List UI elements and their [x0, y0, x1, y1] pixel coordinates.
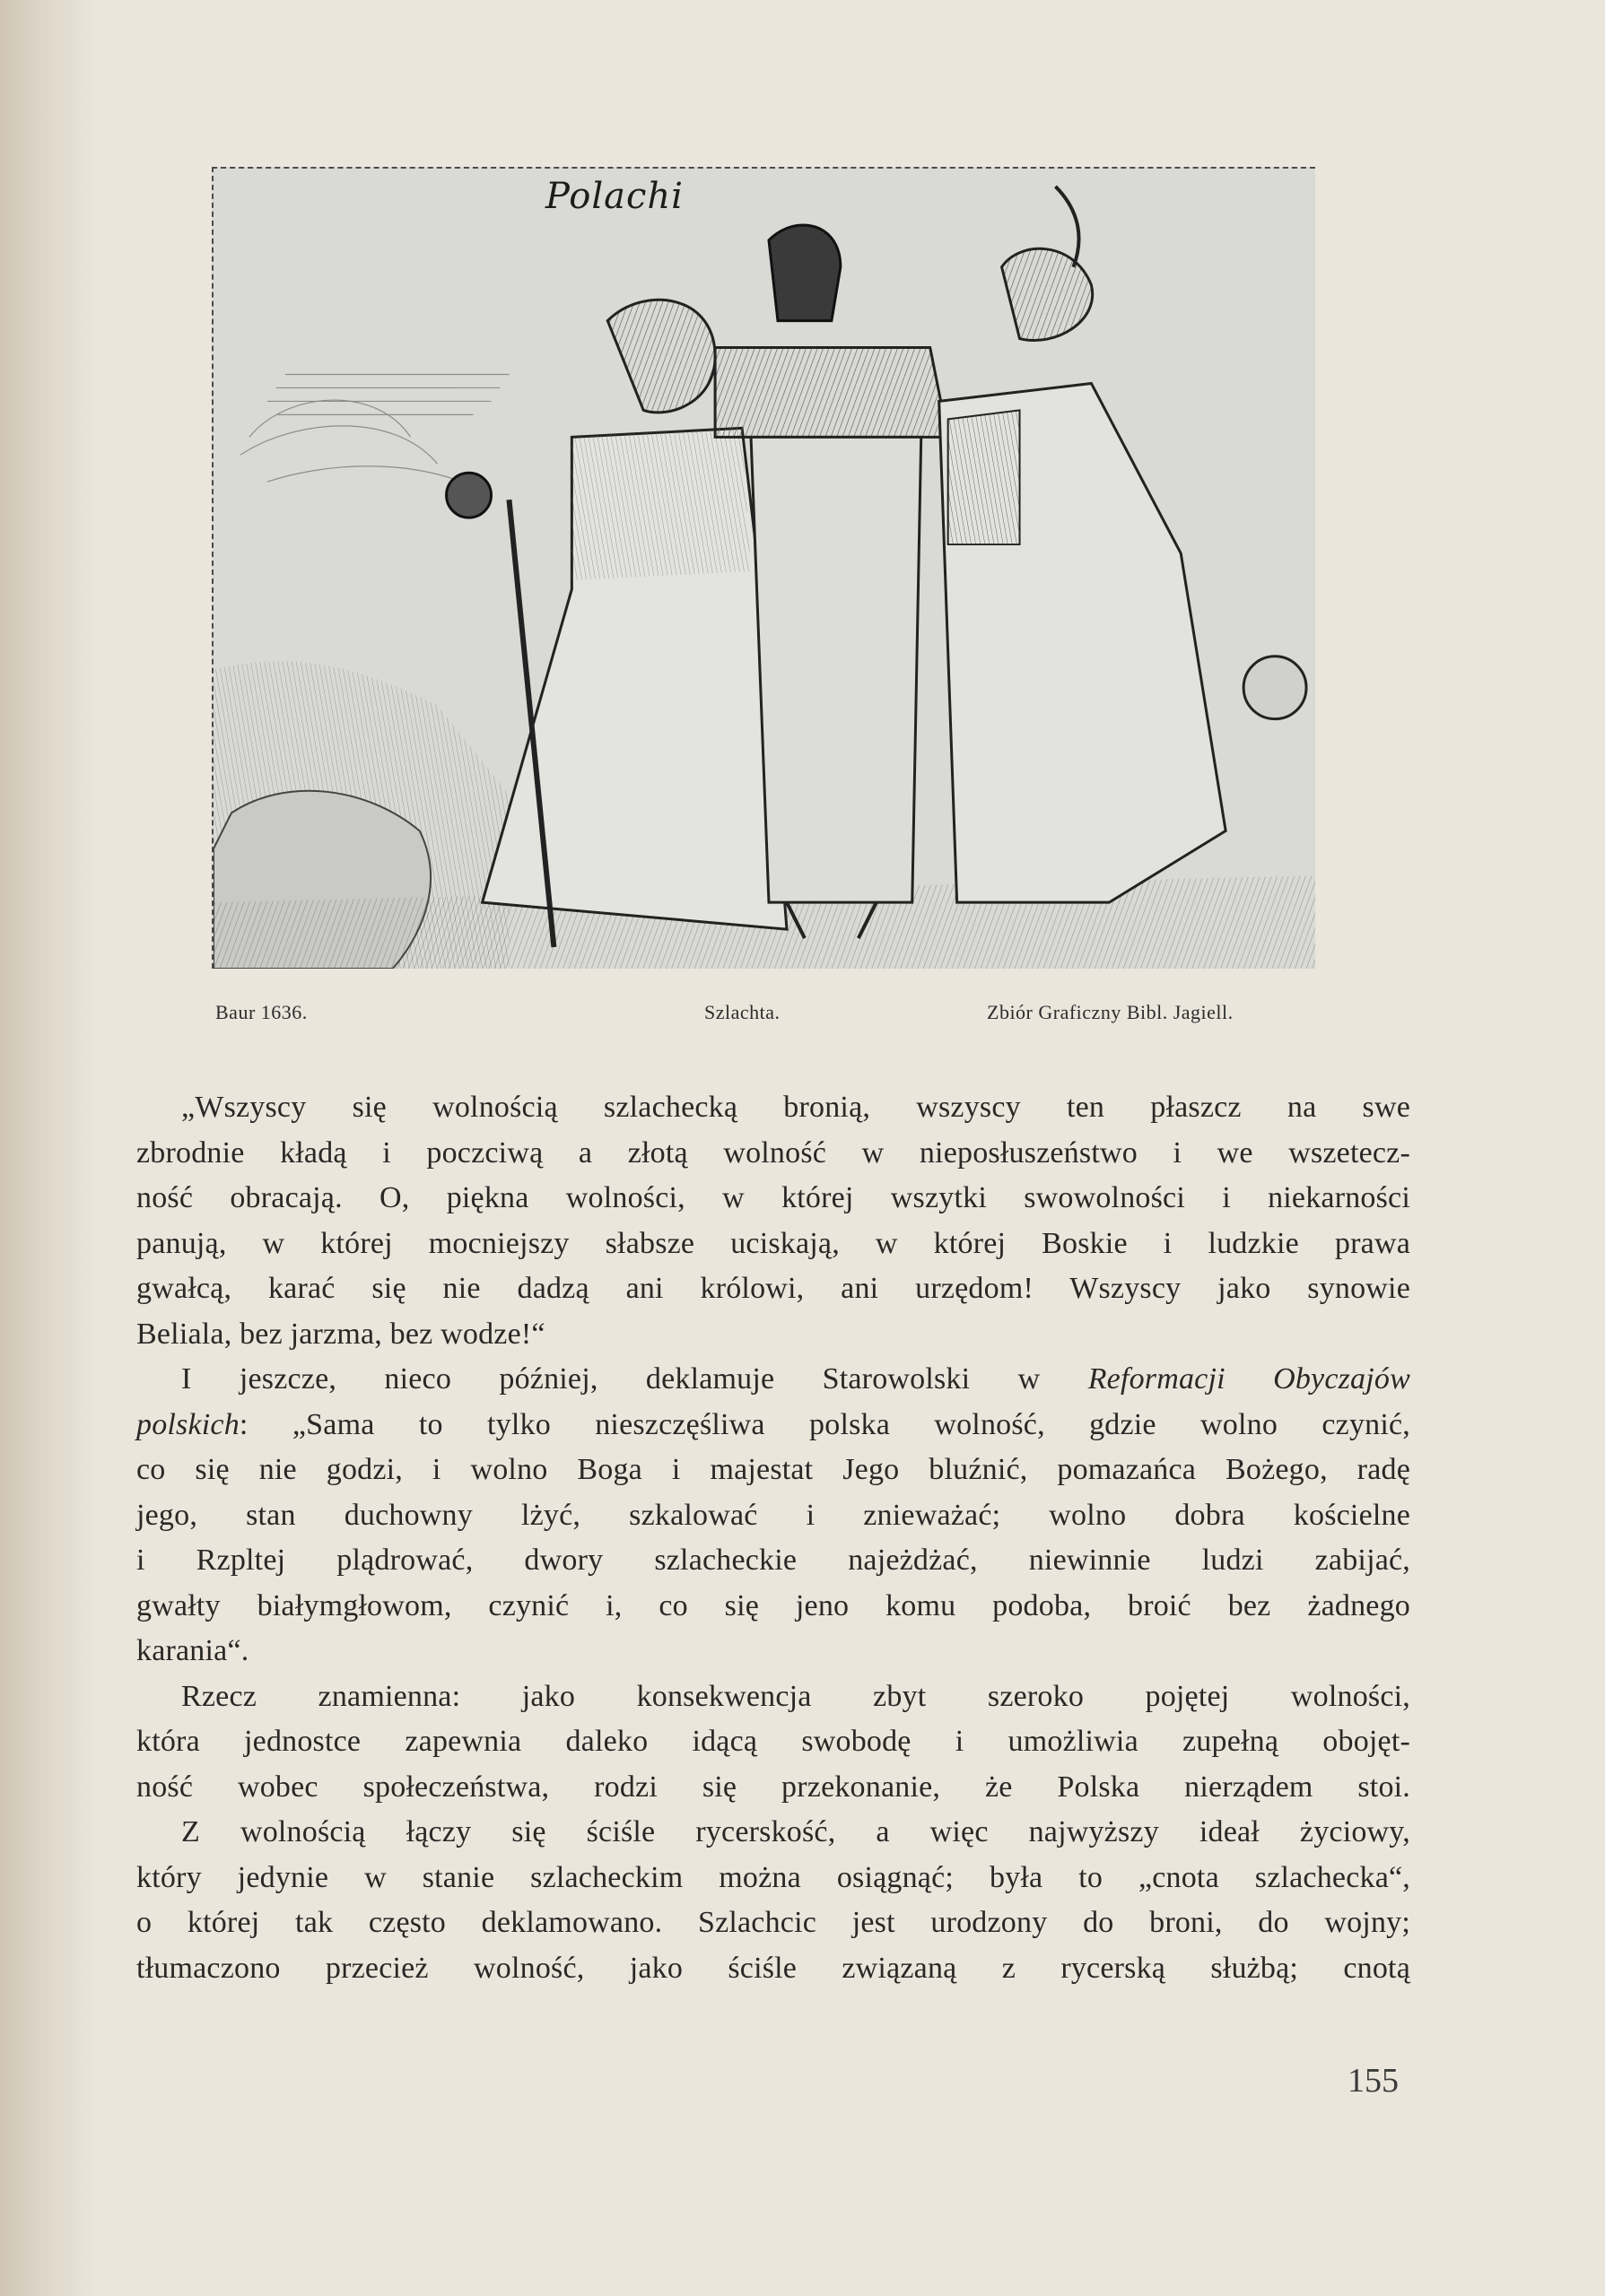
- page-number: 155: [1348, 2061, 1399, 2100]
- book-title-italic: Reformacji Obyczajów: [1088, 1362, 1410, 1396]
- engraving-illustration: Polachi: [212, 167, 1315, 969]
- figure-caption-source: Baur 1636.: [215, 1001, 308, 1024]
- text-line: Beliala, bez jarzma, bez wodze!“: [136, 1312, 1410, 1358]
- text-segment: : „Sama to tylko nieszczęśliwa polska wo…: [240, 1408, 1410, 1441]
- text-segment: I jeszcze, nieco później, deklamuje Star…: [181, 1362, 1088, 1396]
- text-line: który jedynie w stanie szlacheckim można…: [136, 1856, 1410, 1901]
- text-line: gwałcą, karać się nie dadzą ani królowi,…: [136, 1266, 1410, 1312]
- text-line: „Wszyscy się wolnością szlachecką bronią…: [136, 1085, 1410, 1131]
- book-page: Polachi Baur 1636. Szlachta. Zbiór Grafi…: [0, 0, 1605, 2296]
- text-line: gwałty białymgłowom, czynić i, co się je…: [136, 1584, 1410, 1630]
- text-line: karania“.: [136, 1629, 1410, 1674]
- engraving-inscription: Polachi: [545, 176, 684, 217]
- text-line: Rzecz znamienna: jako konsekwencja zbyt …: [136, 1674, 1410, 1720]
- text-line: I jeszcze, nieco później, deklamuje Star…: [136, 1357, 1410, 1403]
- engraving-figures-drawing: [214, 169, 1315, 969]
- text-line: co się nie godzi, i wolno Boga i majesta…: [136, 1448, 1410, 1493]
- text-line: ność wobec społeczeństwa, rodzi się prze…: [136, 1765, 1410, 1811]
- text-line: i Rzpltej plądrować, dwory szlacheckie n…: [136, 1538, 1410, 1584]
- text-line: polskich: „Sama to tylko nieszczęśliwa p…: [136, 1403, 1410, 1448]
- figure-caption-title: Szlachta.: [704, 1001, 781, 1024]
- figure-caption-collection: Zbiór Graficzny Bibl. Jagiell.: [987, 1001, 1234, 1024]
- book-title-italic: polskich: [136, 1408, 240, 1441]
- text-line: jego, stan duchowny lżyć, szkalować i zn…: [136, 1493, 1410, 1539]
- text-line: o której tak często deklamowano. Szlachc…: [136, 1900, 1410, 1946]
- text-line: która jednostce zapewnia daleko idącą sw…: [136, 1719, 1410, 1765]
- text-line: Z wolnością łączy się ściśle rycerskość,…: [136, 1810, 1410, 1856]
- body-text: „Wszyscy się wolnością szlachecką bronią…: [136, 1085, 1410, 1991]
- text-line: tłumaczono przecież wolność, jako ściśle…: [136, 1946, 1410, 1992]
- text-line: ność obracają. O, piękna wolności, w któ…: [136, 1176, 1410, 1222]
- text-line: panują, w której mocniejszy słabsze ucis…: [136, 1222, 1410, 1267]
- text-line: zbrodnie kładą i poczciwą a złotą wolnoś…: [136, 1131, 1410, 1177]
